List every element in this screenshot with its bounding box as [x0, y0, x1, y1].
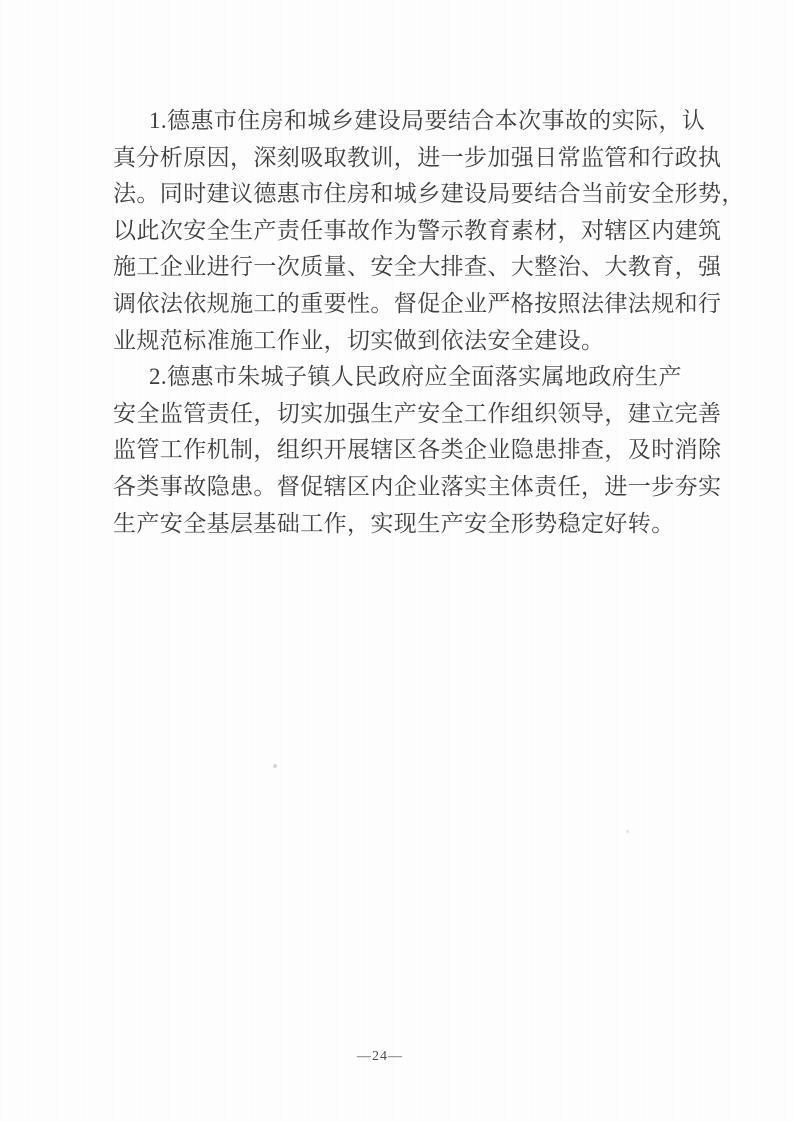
document-page: 1.德惠市住房和城乡建设局要结合本次事故的实际，认 真分析原因，深刻吸取教训，进…: [0, 0, 794, 1122]
paragraph-2-line: 监管工作机制，组织开展辖区各类企业隐患排查，及时消除: [113, 432, 681, 469]
page-number: —24—: [357, 1049, 403, 1064]
paragraph-2-line: 2.德惠市朱城子镇人民政府应全面落实属地政府生产: [113, 359, 681, 396]
paragraph-1-line: 业规范标准施工作业，切实做到依法安全建设。: [113, 323, 681, 360]
scan-speck: [626, 830, 629, 833]
paragraph-2-line: 各类事故隐患。督促辖区内企业落实主体责任，进一步夯实: [113, 469, 681, 506]
paragraph-2-line: 生产安全基层基础工作，实现生产安全形势稳定好转。: [113, 506, 681, 543]
paragraph-1-line: 调依法依规施工的重要性。督促企业严格按照法律法规和行: [113, 286, 681, 323]
paragraph-1-line: 1.德惠市住房和城乡建设局要结合本次事故的实际，认: [113, 103, 681, 140]
body-text-block: 1.德惠市住房和城乡建设局要结合本次事故的实际，认 真分析原因，深刻吸取教训，进…: [113, 103, 681, 542]
page-footer: —24—: [0, 1047, 760, 1065]
paragraph-2-line: 安全监管责任，切实加强生产安全工作组织领导，建立完善: [113, 396, 681, 433]
paragraph-1-line: 真分析原因，深刻吸取教训，进一步加强日常监管和行政执: [113, 140, 681, 177]
paragraph-1-line: 法。同时建议德惠市住房和城乡建设局要结合当前安全形势，: [113, 176, 681, 213]
paragraph-1-line: 以此次安全生产责任事故作为警示教育素材，对辖区内建筑: [113, 213, 681, 250]
paragraph-1-line: 施工企业进行一次质量、安全大排查、大整治、大教育，强: [113, 249, 681, 286]
scan-speck: [273, 764, 277, 768]
